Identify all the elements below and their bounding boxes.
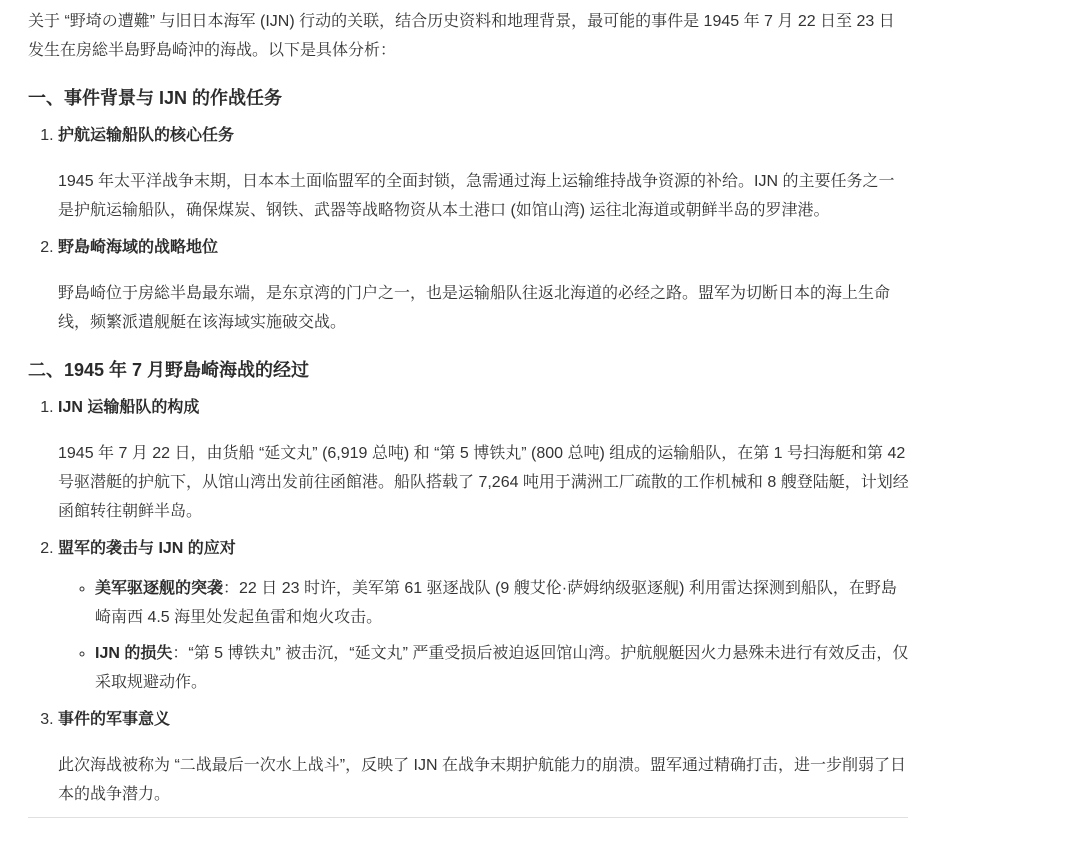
list-item: 事件的军事意义 此次海战被称为 “二战最后一次水上战斗”，反映了 IJN 在战争… <box>58 705 910 809</box>
section-1-list: 护航运输船队的核心任务 1945 年太平洋战争末期，日本本土面临盟军的全面封锁，… <box>28 121 910 337</box>
item-title: 护航运输船队的核心任务 <box>58 127 234 144</box>
bullet-label: IJN 的损失 <box>95 645 172 662</box>
section-heading-1: 一、事件背景与 IJN 的作战任务 <box>28 85 910 111</box>
section-2-list: IJN 运输船队的构成 1945 年 7 月 22 日，由货船 “延文丸” (6… <box>28 393 910 809</box>
intro-paragraph: 关于 “野埼の遭難” 与旧日本海军 (IJN) 行动的关联，结合历史资料和地理背… <box>28 7 910 65</box>
item-paragraph: 野島崎位于房総半島最东端，是东京湾的门户之一，也是运输船队往返北海道的必经之路。… <box>58 279 910 337</box>
item-paragraph: 1945 年太平洋战争末期，日本本土面临盟军的全面封锁，急需通过海上运输维持战争… <box>58 167 910 225</box>
bullet-text: ：“第 5 博铁丸” 被击沉，“延文丸” 严重受损后被迫返回馆山湾。护航舰艇因火… <box>95 645 908 691</box>
item-paragraph: 此次海战被称为 “二战最后一次水上战斗”，反映了 IJN 在战争末期护航能力的崩… <box>58 751 910 809</box>
item-paragraph: 1945 年 7 月 22 日，由货船 “延文丸” (6,919 总吨) 和 “… <box>58 439 910 526</box>
item-title: 野島崎海域的战略地位 <box>58 239 218 256</box>
bullet-label: 美军驱逐舰的突袭 <box>95 580 223 597</box>
list-item: 盟军的袭击与 IJN 的应对 美军驱逐舰的突袭：22 日 23 时许，美军第 6… <box>58 534 910 697</box>
item-title: IJN 运输船队的构成 <box>58 399 199 416</box>
list-item: IJN 运输船队的构成 1945 年 7 月 22 日，由货船 “延文丸” (6… <box>58 393 910 526</box>
sub-bullet-list: 美军驱逐舰的突袭：22 日 23 时许，美军第 61 驱逐战队 (9 艘艾伦·萨… <box>58 574 910 697</box>
bullet-item: 美军驱逐舰的突袭：22 日 23 时许，美军第 61 驱逐战队 (9 艘艾伦·萨… <box>95 574 910 632</box>
list-item: 野島崎海域的战略地位 野島崎位于房総半島最东端，是东京湾的门户之一，也是运输船队… <box>58 233 910 337</box>
document-body: 关于 “野埼の遭難” 与旧日本海军 (IJN) 行动的关联，结合历史资料和地理背… <box>0 0 910 818</box>
item-title: 事件的军事意义 <box>58 711 170 728</box>
divider <box>28 817 908 818</box>
section-heading-2: 二、1945 年 7 月野島崎海战的经过 <box>28 357 910 383</box>
item-title: 盟军的袭击与 IJN 的应对 <box>58 540 236 557</box>
bullet-item: IJN 的损失：“第 5 博铁丸” 被击沉，“延文丸” 严重受损后被迫返回馆山湾… <box>95 639 910 697</box>
list-item: 护航运输船队的核心任务 1945 年太平洋战争末期，日本本土面临盟军的全面封锁，… <box>58 121 910 225</box>
